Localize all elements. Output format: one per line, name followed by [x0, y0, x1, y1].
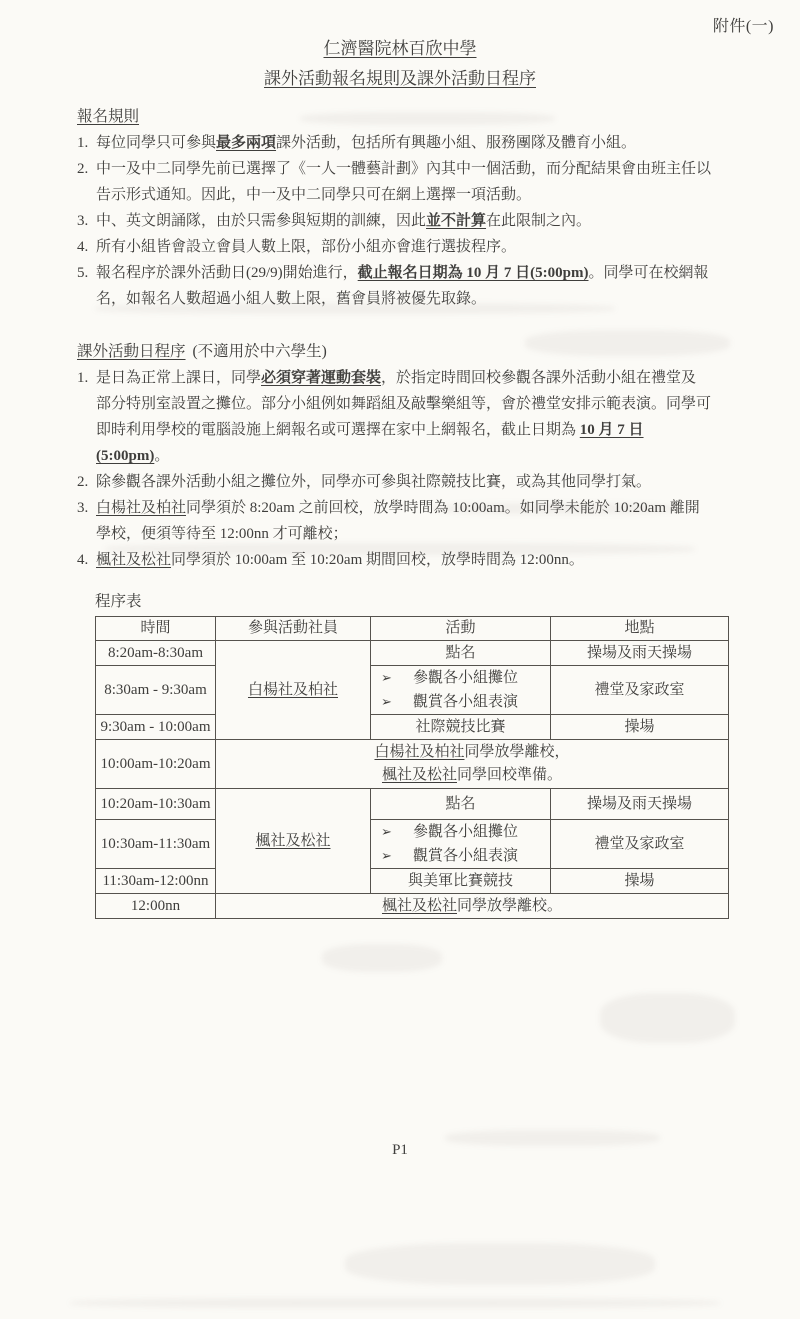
list-number: 3.: [77, 495, 96, 547]
members-cell: 白楊社及柏社: [216, 641, 371, 740]
text-run: 同學回校準備。: [457, 767, 562, 783]
title-block: 仁濟醫院林百欣中學 課外活動報名規則及課外活動日程序: [0, 0, 800, 93]
list-item: 3. 白楊社及柏社同學須於 8:20am 之前回校，放學時間為 10:00am。…: [77, 495, 740, 547]
activity-cell: ➢參觀各小組攤位 ➢觀賞各小組表演: [371, 666, 551, 715]
arrow-bullet-icon: ➢: [381, 666, 397, 690]
activity-cell: 社際競技比賽: [371, 715, 551, 740]
column-header-activity: 活動: [371, 617, 551, 641]
underlined-text: 白楊社及柏社: [374, 744, 464, 760]
schedule-heading-text: 課外活動日程序: [77, 343, 186, 360]
column-header-time: 時間: [96, 617, 216, 641]
transition-line: 白楊社及柏社同學放學離校，: [218, 741, 726, 764]
venue-cell: 禮堂及家政室: [551, 820, 729, 869]
arrow-bullet-icon: ➢: [381, 690, 397, 714]
underlined-text: 白楊社及柏社: [248, 682, 338, 698]
activity-bullet-line: ➢參觀各小組攤位: [381, 666, 548, 690]
text-run: 中、英文朗誦隊，由於只需參與短期的訓練，因此: [96, 213, 426, 229]
scan-artifact: [445, 1130, 660, 1146]
list-item: 2. 除參觀各課外活動小組之攤位外，同學亦可參與社際競技比賽，或為其他同學打氣。: [77, 469, 740, 495]
text-run: 除參觀各課外活動小組之攤位外，同學亦可參與社際競技比賽，或為其他同學打氣。: [96, 474, 651, 490]
list-number: 3.: [77, 208, 96, 234]
activity-bullet-text: 觀賞各小組表演: [413, 690, 518, 714]
emphasis-text: 最多兩項: [216, 135, 276, 151]
emphasis-text: 截止報名日期為 10 月 7 日(5:00pm): [358, 265, 589, 281]
emphasis-text: 並不計算: [426, 213, 486, 229]
venue-cell: 操場: [551, 715, 729, 740]
venue-cell: 操場: [551, 869, 729, 894]
text-run: 同學放學離校，: [465, 744, 570, 760]
list-number: 4.: [77, 234, 96, 260]
time-cell: 9:30am - 10:00am: [96, 715, 216, 740]
dismissal-row: 12:00nn 楓社及松社同學放學離校。: [96, 894, 729, 919]
scan-artifact: [95, 303, 615, 314]
scan-artifact: [345, 1243, 655, 1285]
list-text: 中一及中二同學先前已選擇了《一人一體藝計劃》內其中一個活動，而分配結果會由班主任…: [96, 156, 711, 208]
transition-cell: 白楊社及柏社同學放學離校， 楓社及松社同學回校準備。: [216, 740, 729, 789]
dismissal-cell: 楓社及松社同學放學離校。: [216, 894, 729, 919]
list-number: 2.: [77, 469, 96, 495]
page-title: 仁濟醫院林百欣中學: [0, 36, 800, 63]
scan-artifact: [525, 330, 730, 356]
scan-artifact: [70, 1298, 720, 1308]
activity-cell: 點名: [371, 789, 551, 820]
page-subtitle-text: 課外活動報名規則及課外活動日程序: [264, 69, 536, 88]
time-cell: 10:30am-11:30am: [96, 820, 216, 869]
schedule-table: 時間 參與活動社員 活動 地點 8:20am-8:30am 白楊社及柏社 點名 …: [95, 616, 729, 919]
activity-bullet-text: 參觀各小組攤位: [413, 666, 518, 690]
underlined-text: 楓社及松社: [382, 767, 457, 783]
table-row: 8:20am-8:30am 白楊社及柏社 點名 操場及雨天操場: [96, 641, 729, 666]
list-number: 1.: [77, 130, 96, 156]
schedule-heading-note: (不適用於中六學生): [193, 343, 327, 360]
rules-heading-text: 報名規則: [77, 108, 139, 125]
column-header-members: 參與活動社員: [216, 617, 371, 641]
list-number: 5.: [77, 260, 96, 312]
venue-cell: 操場及雨天操場: [551, 789, 729, 820]
scan-artifact: [430, 503, 680, 514]
scan-artifact: [322, 944, 442, 972]
table-row: 10:30am-11:30am ➢參觀各小組攤位 ➢觀賞各小組表演 禮堂及家政室: [96, 820, 729, 869]
attachment-label: 附件(一): [713, 13, 774, 36]
text-run: 是日為正常上課日，同學: [96, 370, 261, 386]
activity-bullet-line: ➢觀賞各小組表演: [381, 844, 548, 868]
activity-cell: 點名: [371, 641, 551, 666]
table-row: 8:30am - 9:30am ➢參觀各小組攤位 ➢觀賞各小組表演 禮堂及家政室: [96, 666, 729, 715]
text-run: 報名程序於課外活動日(29/9)開始進行，: [96, 265, 358, 281]
underlined-text: 楓社及松社: [382, 898, 457, 914]
column-header-venue: 地點: [551, 617, 729, 641]
list-text: 是日為正常上課日，同學必須穿著運動套裝，於指定時間回校參觀各課外活動小組在禮堂及…: [96, 365, 711, 469]
activity-bullet-line: ➢觀賞各小組表演: [381, 690, 548, 714]
time-cell: 10:00am-10:20am: [96, 740, 216, 789]
arrow-bullet-icon: ➢: [381, 844, 397, 868]
list-item: 2. 中一及中二同學先前已選擇了《一人一體藝計劃》內其中一個活動，而分配結果會由…: [77, 156, 740, 208]
activity-cell: 與美軍比賽競技: [371, 869, 551, 894]
table-row: 11:30am-12:00nn 與美軍比賽競技 操場: [96, 869, 729, 894]
activity-bullet-text: 參觀各小組攤位: [413, 820, 518, 844]
text-run: 中一及中二同學先前已選擇了《一人一體藝計劃》內其中一個活動，而分配結果會由班主任…: [96, 161, 711, 203]
page-title-text: 仁濟醫院林百欣中學: [324, 39, 477, 58]
transition-line: 楓社及松社同學回校準備。: [218, 764, 726, 787]
table-row: 10:20am-10:30am 楓社及松社 點名 操場及雨天操場: [96, 789, 729, 820]
scan-artifact: [105, 543, 695, 555]
time-cell: 10:20am-10:30am: [96, 789, 216, 820]
list-number: 4.: [77, 547, 96, 573]
text-run: 課外活動，包括所有興趣小組、服務團隊及體育小組。: [276, 135, 636, 151]
underlined-text: 楓社及松社: [255, 833, 330, 849]
scan-artifact: [600, 993, 735, 1043]
activity-bullet-line: ➢參觀各小組攤位: [381, 820, 548, 844]
text-run: 同學放學離校。: [457, 898, 562, 914]
text-run: 每位同學只可參與: [96, 135, 216, 151]
table-header-row: 時間 參與活動社員 活動 地點: [96, 617, 729, 641]
table-caption: 程序表: [95, 590, 740, 614]
page-subtitle: 課外活動報名規則及課外活動日程序: [0, 66, 800, 93]
underlined-text: 白楊社及柏社: [96, 500, 186, 516]
time-cell: 8:30am - 9:30am: [96, 666, 216, 715]
list-text: 除參觀各課外活動小組之攤位外，同學亦可參與社際競技比賽，或為其他同學打氣。: [96, 469, 711, 495]
list-text: 每位同學只可參與最多兩項課外活動，包括所有興趣小組、服務團隊及體育小組。: [96, 130, 711, 156]
time-cell: 8:20am-8:30am: [96, 641, 216, 666]
underlined-text: 楓社及松社: [96, 552, 171, 568]
members-cell: 楓社及松社: [216, 789, 371, 894]
text-run: 。: [154, 448, 169, 464]
activity-cell: ➢參觀各小組攤位 ➢觀賞各小組表演: [371, 820, 551, 869]
arrow-bullet-icon: ➢: [381, 820, 397, 844]
transition-row: 10:00am-10:20am 白楊社及柏社同學放學離校， 楓社及松社同學回校準…: [96, 740, 729, 789]
scan-artifact: [300, 112, 555, 125]
table-row: 9:30am - 10:00am 社際競技比賽 操場: [96, 715, 729, 740]
venue-cell: 禮堂及家政室: [551, 666, 729, 715]
list-item: 4. 所有小組皆會設立會員人數上限，部份小組亦會進行選拔程序。: [77, 234, 740, 260]
list-item: 3. 中、英文朗誦隊，由於只需參與短期的訓練，因此並不計算在此限制之內。: [77, 208, 740, 234]
text-run: 所有小組皆會設立會員人數上限，部份小組亦會進行選拔程序。: [96, 239, 516, 255]
venue-cell: 操場及雨天操場: [551, 641, 729, 666]
list-item: 1. 是日為正常上課日，同學必須穿著運動套裝，於指定時間回校參觀各課外活動小組在…: [77, 365, 740, 469]
activity-bullet-text: 觀賞各小組表演: [413, 844, 518, 868]
time-cell: 11:30am-12:00nn: [96, 869, 216, 894]
time-cell: 12:00nn: [96, 894, 216, 919]
list-number: 1.: [77, 365, 96, 469]
document-page: 附件(一) 仁濟醫院林百欣中學 課外活動報名規則及課外活動日程序 報名規則 1.…: [0, 0, 800, 93]
list-text: 中、英文朗誦隊，由於只需參與短期的訓練，因此並不計算在此限制之內。: [96, 208, 711, 234]
text-run: 在此限制之內。: [486, 213, 591, 229]
footer-page-number: P1: [0, 1142, 800, 1159]
list-item: 1. 每位同學只可參與最多兩項課外活動，包括所有興趣小組、服務團隊及體育小組。: [77, 130, 740, 156]
emphasis-text: 必須穿著運動套裝: [261, 370, 381, 386]
list-number: 2.: [77, 156, 96, 208]
list-text: 所有小組皆會設立會員人數上限，部份小組亦會進行選拔程序。: [96, 234, 711, 260]
